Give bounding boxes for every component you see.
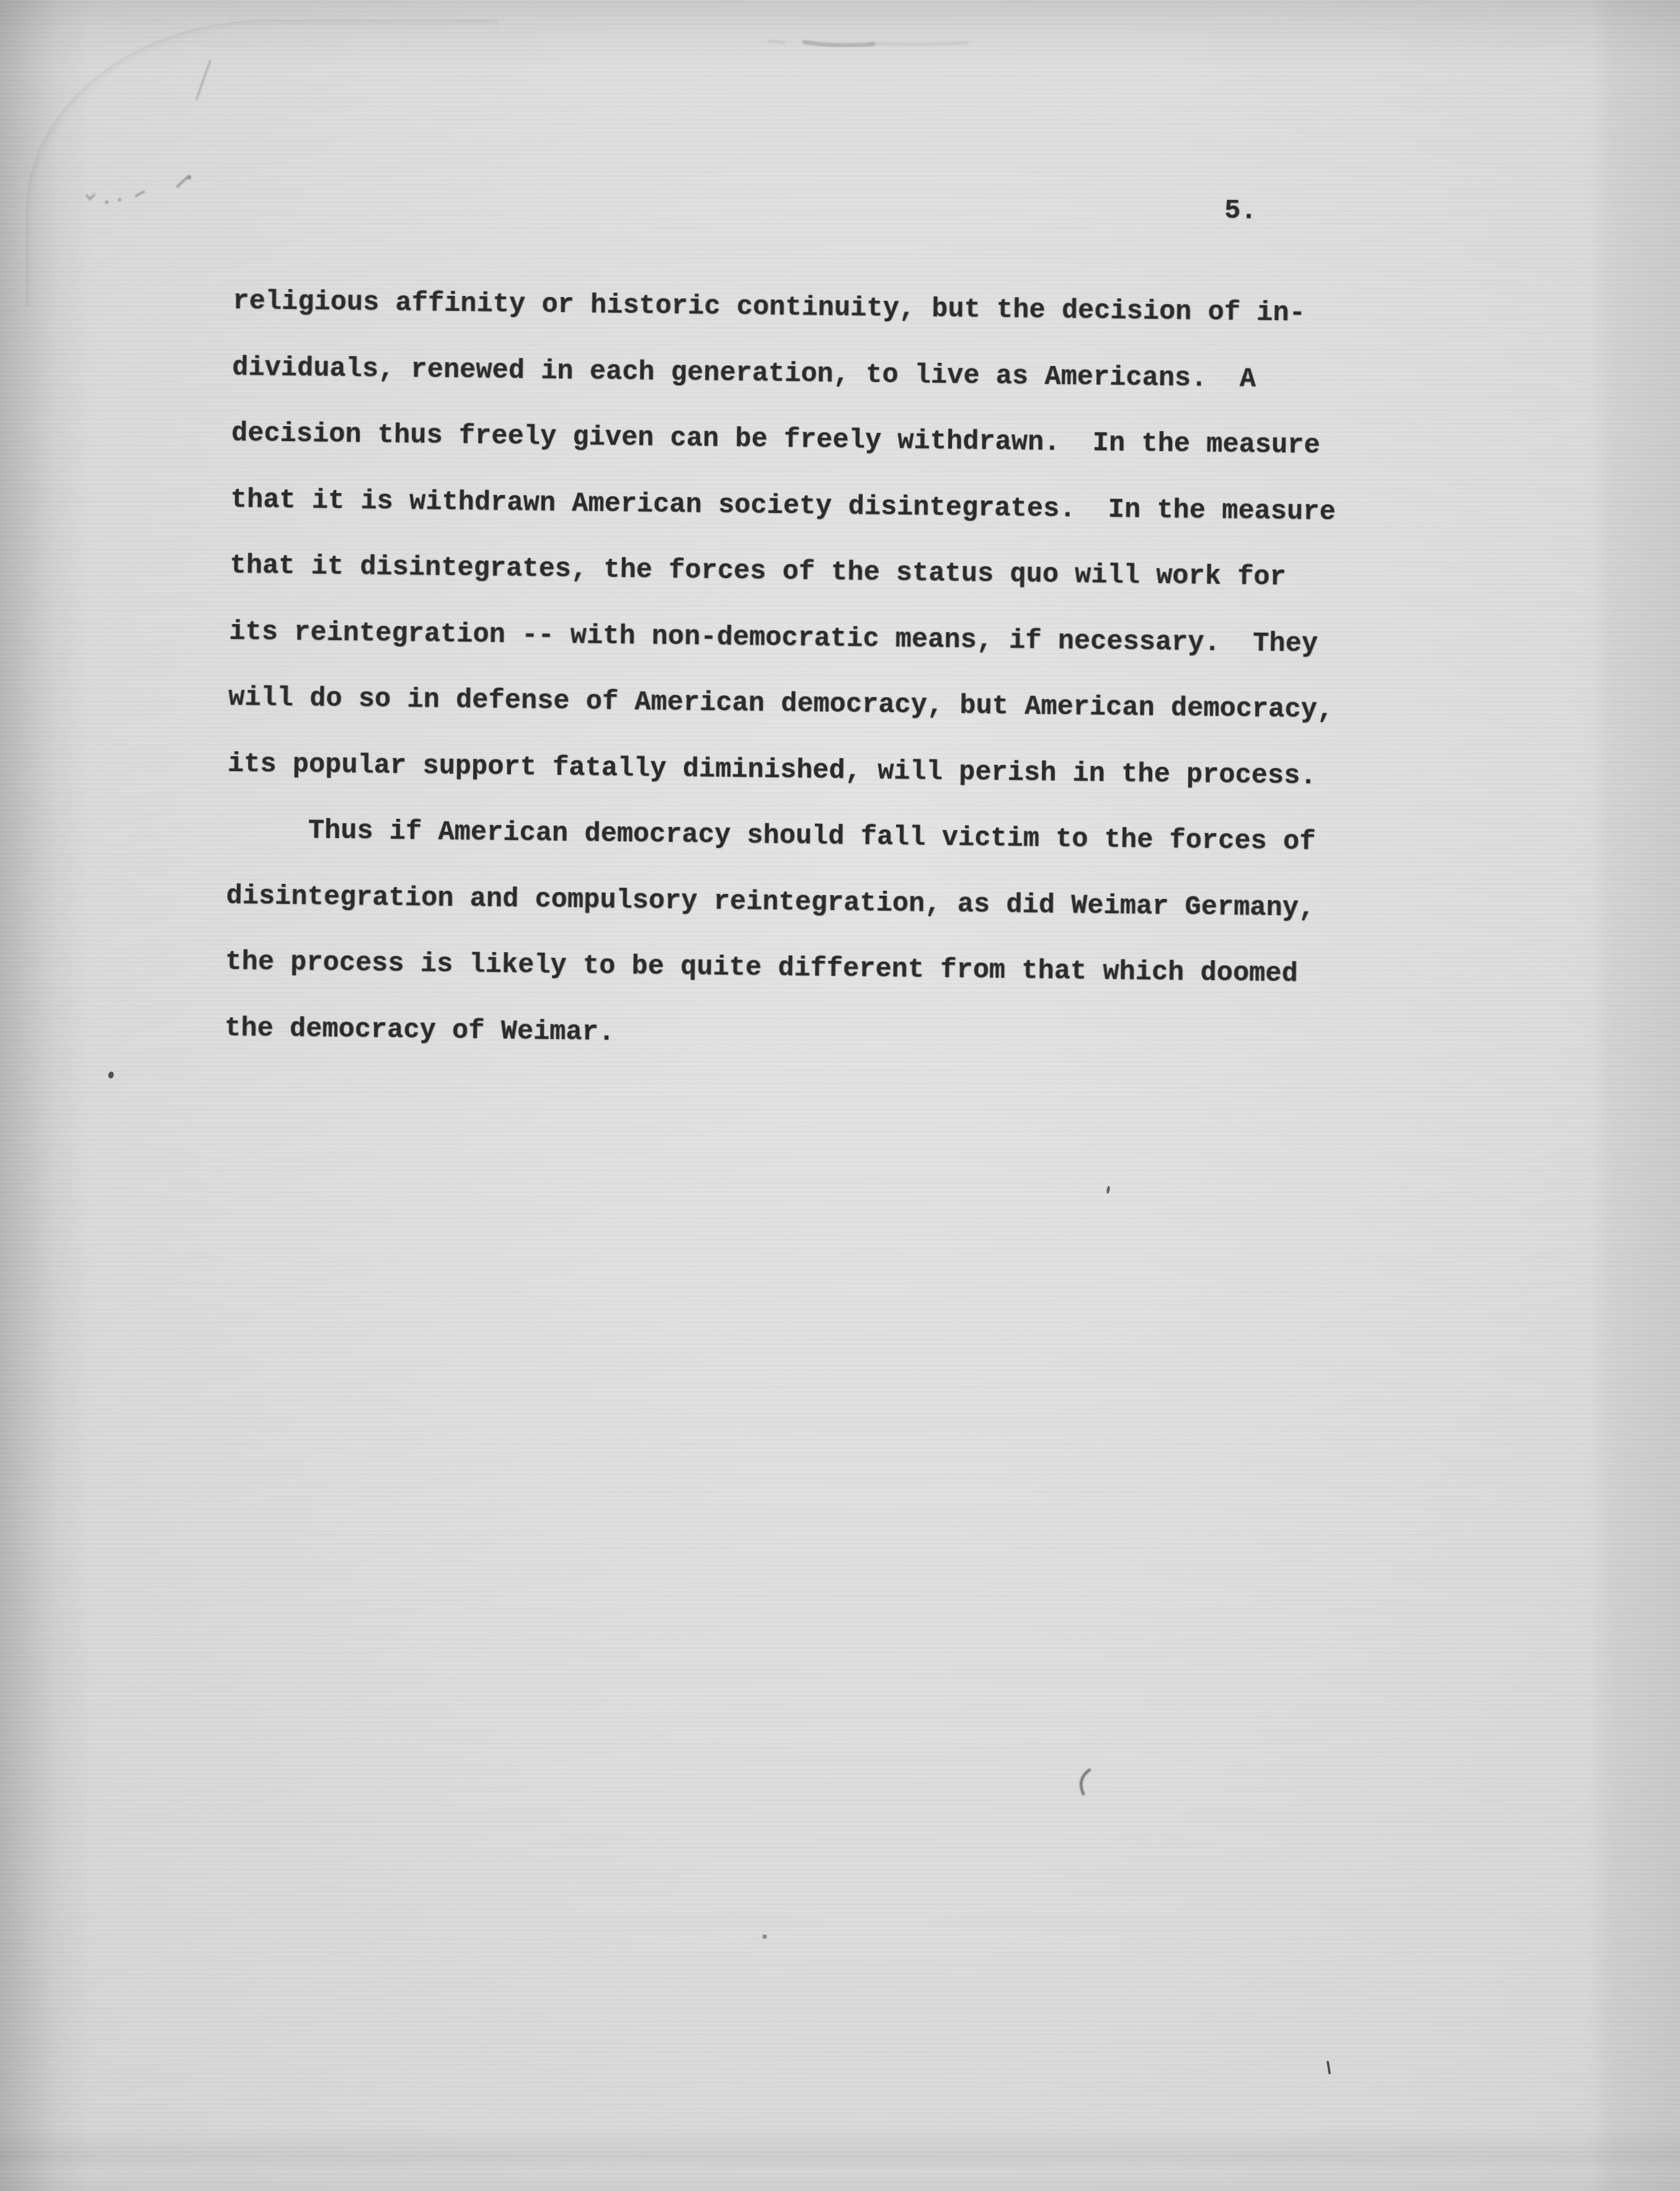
- ink-dot-bottom-center: [762, 1934, 767, 1939]
- ink-tick-bottom-right: [1328, 2062, 1330, 2073]
- typed-line: that it disintegrates, the forces of the…: [229, 533, 1408, 613]
- pen-paren-mark-lower-right: [1081, 1770, 1090, 1794]
- scanned-page: 5. religious affinity or historic contin…: [0, 0, 1680, 2191]
- typescript-block: 5. religious affinity or historic contin…: [224, 167, 1413, 1075]
- typed-line: Thus if American democracy should fall v…: [226, 798, 1405, 877]
- typed-line: decision thus freely given can be freely…: [231, 401, 1410, 481]
- typed-line: the process is likely to be quite differ…: [225, 930, 1404, 1009]
- page-number: 5.: [1224, 179, 1258, 245]
- graphite-smudge-top: [769, 41, 967, 45]
- typed-paragraphs: religious affinity or historic continuit…: [224, 167, 1413, 1075]
- ink-dot-left-margin: [107, 1071, 114, 1079]
- ink-tick-right-margin: [1106, 1185, 1111, 1194]
- typed-line: will do so in defense of American democr…: [228, 666, 1407, 745]
- pencil-stroke-top-left: [197, 61, 210, 99]
- pencil-scribble-top-left: [87, 176, 191, 204]
- typed-line: the democracy of Weimar.: [224, 996, 1403, 1075]
- typed-line: religious affinity or historic continuit…: [233, 269, 1411, 349]
